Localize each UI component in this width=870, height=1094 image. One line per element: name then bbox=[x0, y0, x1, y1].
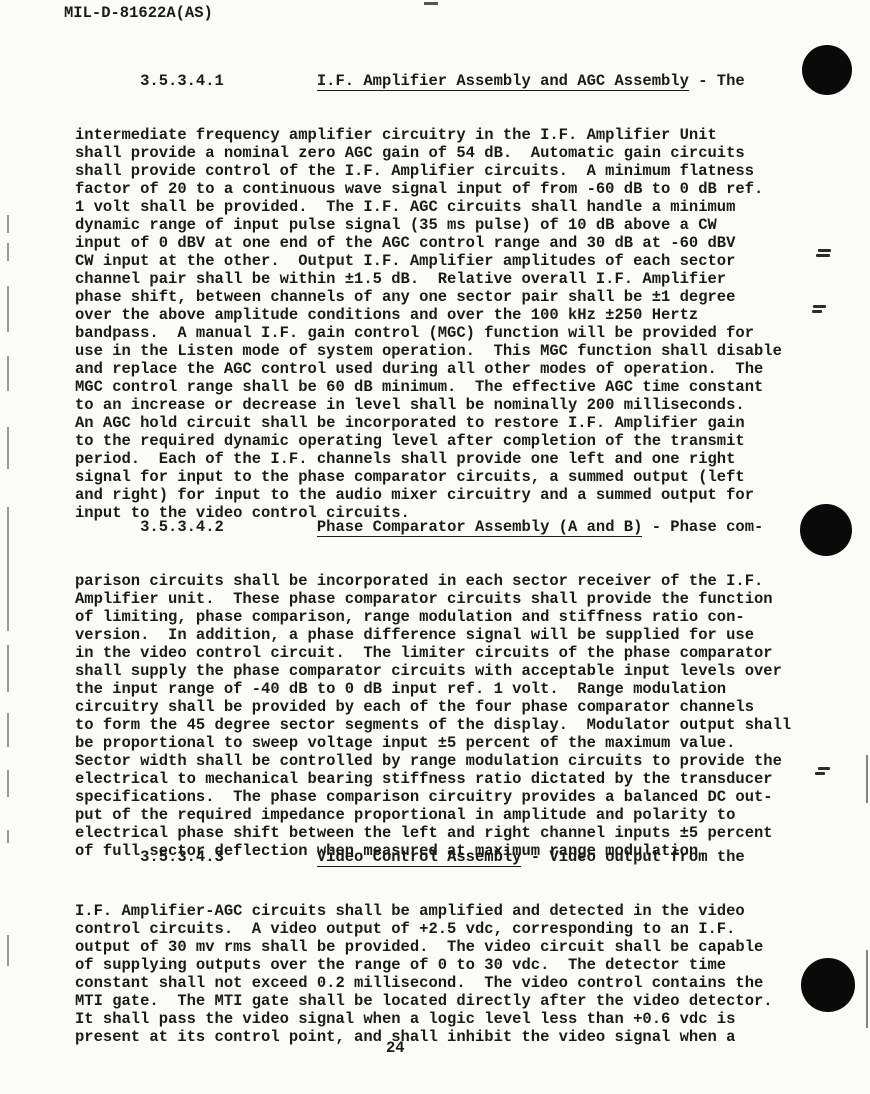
text-line: over the above amplitude conditions and … bbox=[75, 306, 830, 324]
left-margin-mark bbox=[7, 356, 9, 391]
document-page: MIL-D-81622A(AS) 3.5.3.4.1 I.F. Amplifie… bbox=[0, 0, 870, 1094]
text-line: intermediate frequency amplifier circuit… bbox=[75, 126, 830, 144]
right-margin-smudge bbox=[818, 767, 830, 770]
text-line: I.F. Amplifier-AGC circuits shall be amp… bbox=[75, 902, 830, 920]
punch-hole-dot bbox=[800, 504, 852, 556]
text-line: CW input at the other. Output I.F. Ampli… bbox=[75, 252, 830, 270]
text-line: of limiting, phase comparison, range mod… bbox=[75, 608, 830, 626]
document-id-header: MIL-D-81622A(AS) bbox=[64, 4, 213, 22]
text-line: present at its control point, and shall … bbox=[75, 1028, 830, 1046]
text-line: circuitry shall be provided by each of t… bbox=[75, 698, 830, 716]
right-margin-smudge bbox=[818, 249, 831, 252]
punch-hole-dot bbox=[801, 958, 855, 1012]
left-margin-mark bbox=[7, 286, 9, 332]
section-number: 3.5.3.4.3 bbox=[75, 848, 317, 866]
text-line: of supplying outputs over the range of 0… bbox=[75, 956, 830, 974]
text-line: version. In addition, a phase difference… bbox=[75, 626, 830, 644]
text-line: constant shall not exceed 0.2 millisecon… bbox=[75, 974, 830, 992]
scan-speck bbox=[424, 2, 438, 5]
left-margin-mark bbox=[7, 830, 9, 843]
page-number: 24 bbox=[386, 1039, 405, 1057]
text-line: and replace the AGC control used during … bbox=[75, 360, 830, 378]
right-edge-line bbox=[866, 755, 868, 803]
right-margin-smudge bbox=[815, 772, 825, 775]
left-margin-mark bbox=[7, 243, 9, 261]
text-line: specifications. The phase comparison cir… bbox=[75, 788, 830, 806]
left-margin-mark bbox=[7, 770, 9, 797]
text-line: 1 volt shall be provided. The I.F. AGC c… bbox=[75, 198, 830, 216]
text-line: It shall pass the video signal when a lo… bbox=[75, 1010, 830, 1028]
right-edge-line bbox=[866, 950, 868, 1028]
section-body: I.F. Amplifier-AGC circuits shall be amp… bbox=[75, 902, 830, 1046]
text-line: Sector width shall be controlled by rang… bbox=[75, 752, 830, 770]
text-line: to the required dynamic operating level … bbox=[75, 432, 830, 450]
text-line: shall supply the phase comparator circui… bbox=[75, 662, 830, 680]
section-number: 3.5.3.4.1 bbox=[75, 72, 317, 90]
section-number: 3.5.3.4.2 bbox=[75, 518, 317, 536]
text-line: shall provide a nominal zero AGC gain of… bbox=[75, 144, 830, 162]
text-line: parison circuits shall be incorporated i… bbox=[75, 572, 830, 590]
text-line: factor of 20 to a continuous wave signal… bbox=[75, 180, 830, 198]
section-heading-line: 3.5.3.4.1 I.F. Amplifier Assembly and AG… bbox=[75, 72, 830, 90]
text-line: input of 0 dBV at one end of the AGC con… bbox=[75, 234, 830, 252]
left-margin-mark bbox=[7, 507, 9, 631]
section-heading-suffix: - The bbox=[689, 72, 745, 90]
left-margin-mark bbox=[7, 645, 9, 692]
section-body: intermediate frequency amplifier circuit… bbox=[75, 126, 830, 522]
left-margin-mark bbox=[7, 935, 9, 966]
section-3-5-3-4-3: 3.5.3.4.3 Video Control Assembly - Video… bbox=[75, 812, 830, 1082]
section-heading-suffix: - Phase com- bbox=[642, 518, 763, 536]
section-heading-line: 3.5.3.4.2 Phase Comparator Assembly (A a… bbox=[75, 518, 830, 536]
punch-hole-dot bbox=[802, 45, 852, 95]
section-heading-line: 3.5.3.4.3 Video Control Assembly - Video… bbox=[75, 848, 830, 866]
text-line: period. Each of the I.F. channels shall … bbox=[75, 450, 830, 468]
text-line: control circuits. A video output of +2.5… bbox=[75, 920, 830, 938]
text-line: shall provide control of the I.F. Amplif… bbox=[75, 162, 830, 180]
text-line: output of 30 mv rms shall be provided. T… bbox=[75, 938, 830, 956]
text-line: electrical to mechanical bearing stiffne… bbox=[75, 770, 830, 788]
text-line: An AGC hold circuit shall be incorporate… bbox=[75, 414, 830, 432]
text-line: dynamic range of input pulse signal (35 … bbox=[75, 216, 830, 234]
left-margin-mark bbox=[7, 427, 9, 469]
text-line: channel pair shall be within ±1.5 dB. Re… bbox=[75, 270, 830, 288]
left-margin-mark bbox=[7, 215, 9, 233]
right-margin-smudge bbox=[813, 305, 826, 308]
text-line: to an increase or decrease in level shal… bbox=[75, 396, 830, 414]
text-line: phase shift, between channels of any one… bbox=[75, 288, 830, 306]
right-margin-smudge bbox=[816, 254, 830, 257]
section-heading-suffix: - Video output from the bbox=[521, 848, 744, 866]
section-title: Video Control Assembly bbox=[317, 848, 522, 867]
text-line: MTI gate. The MTI gate shall be located … bbox=[75, 992, 830, 1010]
right-margin-smudge bbox=[812, 310, 822, 313]
text-line: the input range of -40 dB to 0 dB input … bbox=[75, 680, 830, 698]
section-title: Phase Comparator Assembly (A and B) bbox=[317, 518, 643, 537]
text-line: be proportional to sweep voltage input ±… bbox=[75, 734, 830, 752]
text-line: bandpass. A manual I.F. gain control (MG… bbox=[75, 324, 830, 342]
text-line: MGC control range shall be 60 dB minimum… bbox=[75, 378, 830, 396]
section-3-5-3-4-1: 3.5.3.4.1 I.F. Amplifier Assembly and AG… bbox=[75, 36, 830, 558]
text-line: to form the 45 degree sector segments of… bbox=[75, 716, 830, 734]
left-margin-mark bbox=[7, 713, 9, 747]
text-line: use in the Listen mode of system operati… bbox=[75, 342, 830, 360]
text-line: Amplifier unit. These phase comparator c… bbox=[75, 590, 830, 608]
section-title: I.F. Amplifier Assembly and AGC Assembly bbox=[317, 72, 689, 91]
text-line: in the video control circuit. The limite… bbox=[75, 644, 830, 662]
